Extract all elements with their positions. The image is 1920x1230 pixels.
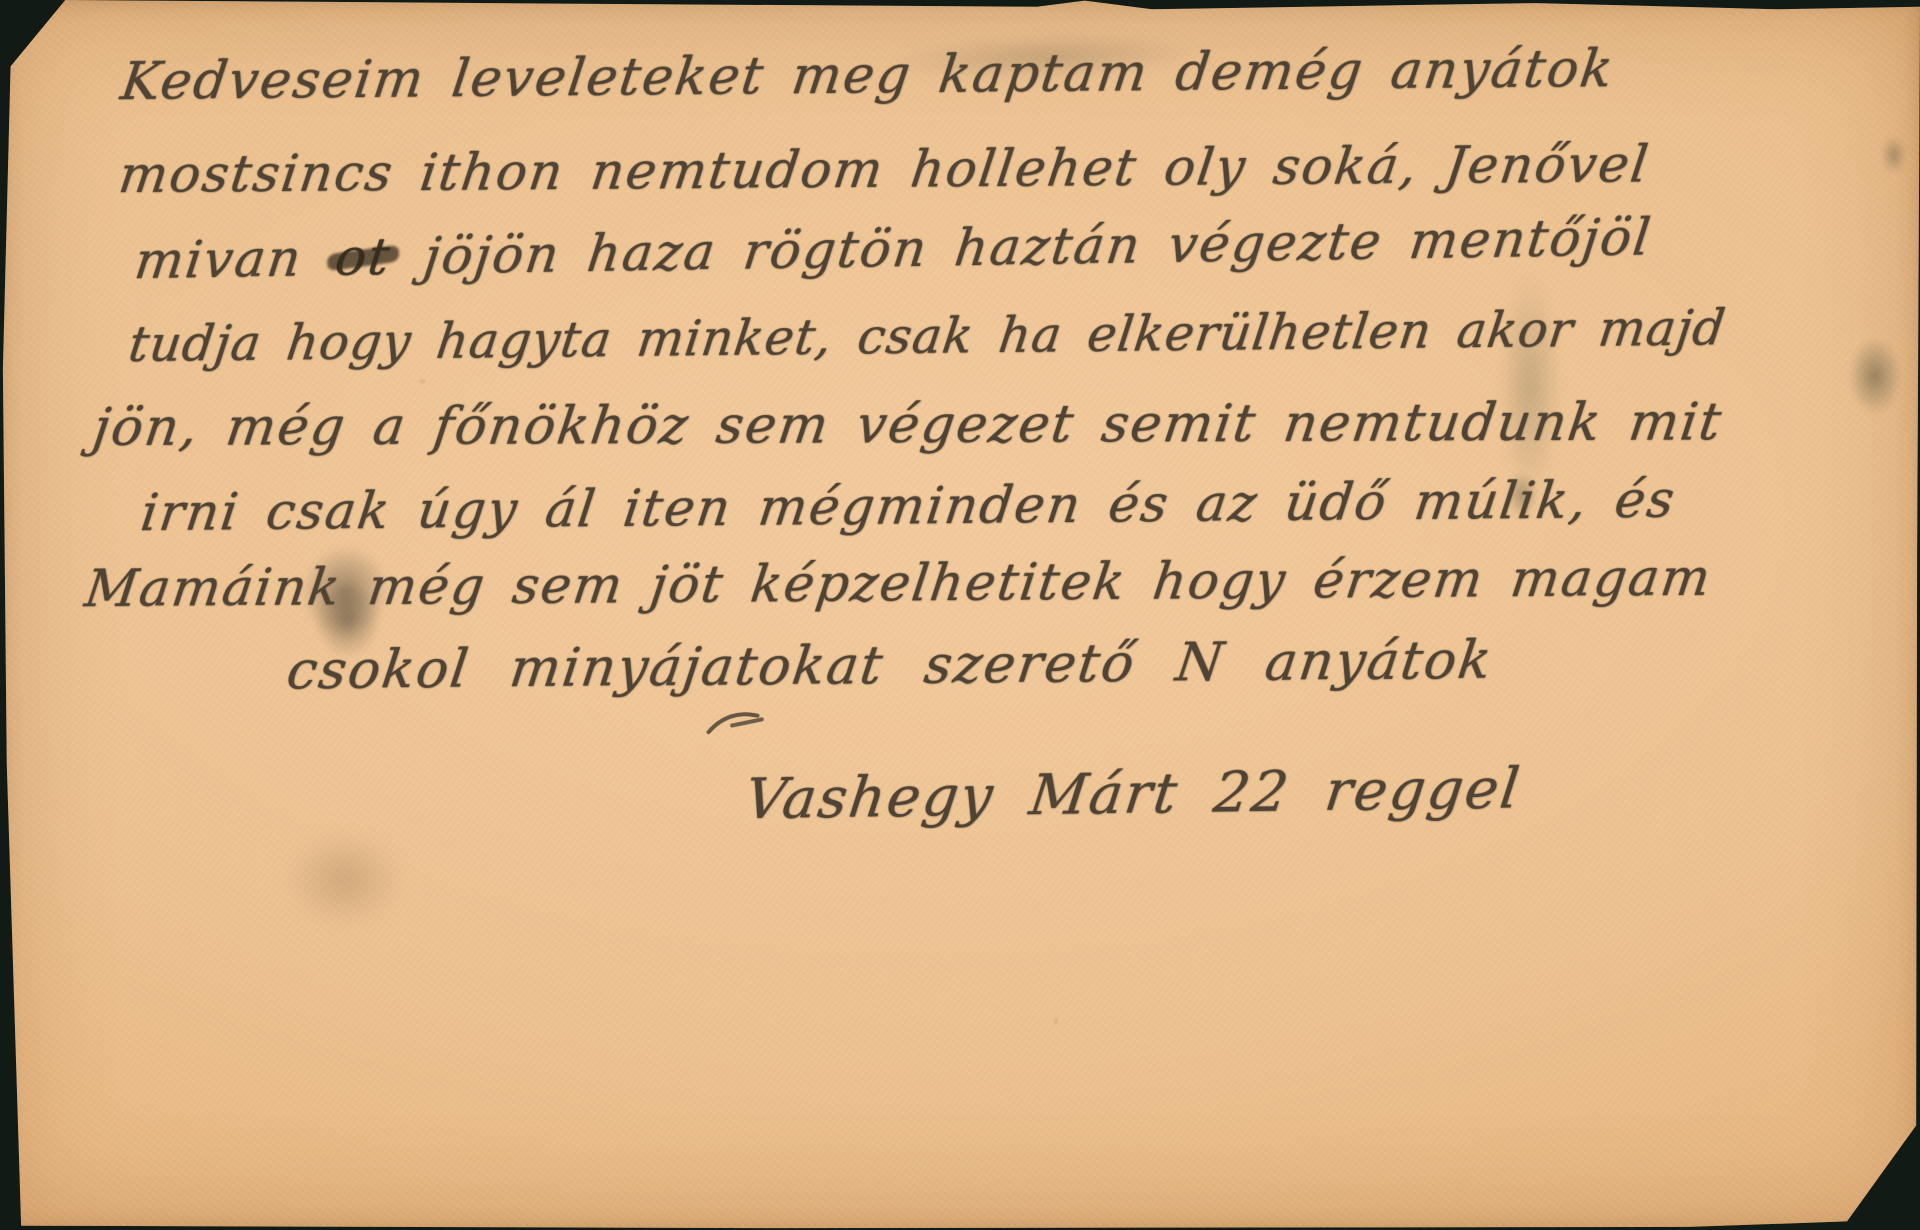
line-3-text-continuation: jöjön haza rögtön haztán végezte mentőjö… bbox=[420, 208, 1655, 286]
postmark-trace-edge bbox=[1838, 322, 1912, 430]
handwritten-closing-line: csokol minyájatokat szerető N anyátok bbox=[284, 633, 1496, 697]
handwritten-line-7: Mamáink még sem jöt képzelhetitek hogy é… bbox=[82, 553, 1715, 615]
crossed-out-word: ot bbox=[332, 232, 394, 284]
line-3-text-start: mivan bbox=[132, 229, 306, 291]
handwritten-line-3: mivan ot jöjön haza rögtön haztán végezt… bbox=[132, 212, 1655, 287]
faint-stain bbox=[262, 812, 427, 947]
pen-stroke-mark bbox=[699, 699, 780, 747]
handwritten-line-5: jön, még a főnökhöz sem végezet semit ne… bbox=[90, 396, 1726, 454]
edge-ink-speck bbox=[1876, 128, 1912, 182]
handwritten-line-2: mostsincs ithon nemtudom hollehet oly so… bbox=[116, 139, 1653, 201]
postcard-paper: Kedveseim leveleteket meg kaptam demég a… bbox=[0, 0, 1920, 1230]
handwritten-line-1: Kedveseim leveleteket meg kaptam demég a… bbox=[118, 43, 1618, 108]
signature-line: Vashegy Márt 22 reggel bbox=[742, 761, 1524, 828]
handwritten-line-6: irni csak úgy ál iten mégminden és az üd… bbox=[138, 475, 1679, 539]
handwritten-line-4: tudja hogy hagyta minket, csak ha elkerü… bbox=[126, 303, 1729, 369]
pen-stroke-glyph bbox=[699, 699, 779, 742]
postcard-scan: Kedveseim leveleteket meg kaptam demég a… bbox=[0, 0, 1920, 1230]
